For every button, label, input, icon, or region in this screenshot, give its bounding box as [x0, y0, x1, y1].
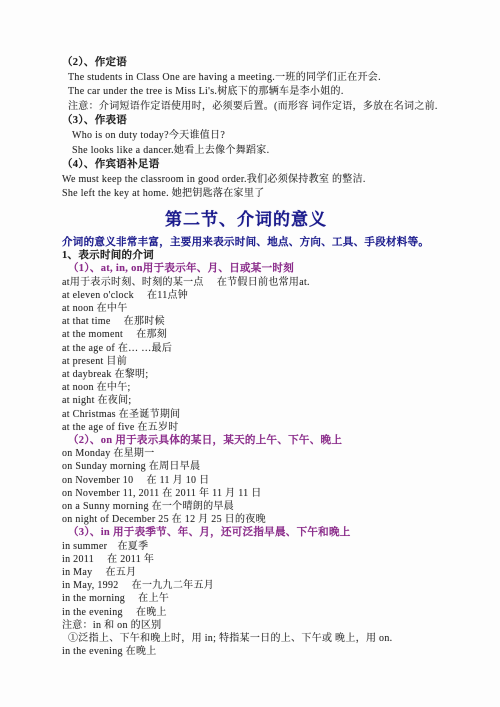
heading-predicative: （3）、作表语	[62, 114, 448, 129]
example-line: at daybreak 在黎明;	[62, 368, 448, 381]
note-line: 注意：in 和 on 的区别	[62, 619, 448, 632]
example-line: at Christmas 在圣诞节期间	[62, 408, 448, 421]
example-line: on Monday 在星期一	[62, 447, 448, 460]
example-line: on Sunday morning 在周日早晨	[62, 460, 448, 473]
example-line: in 2011 在 2011 年	[62, 553, 448, 566]
example-line: at noon 在中午	[62, 302, 448, 315]
intro-line: 介词的意义非常丰富，主要用来表示时间、地点、方向、工具、手段材料等。	[62, 236, 448, 249]
example-line: The car under the tree is Miss Li's.树底下的…	[62, 85, 448, 100]
example-line: at present 目前	[62, 355, 448, 368]
heading-attributive: （2）、作定语	[62, 56, 448, 71]
time-prepositions-section: 介词的意义非常丰富，主要用来表示时间、地点、方向、工具、手段材料等。 1、表示时…	[62, 236, 448, 659]
example-line: She left the key at home. 她把钥匙落在家里了	[62, 187, 448, 202]
example-line: in the evening 在晚上	[62, 606, 448, 619]
example-line: on November 11, 2011 在 2011 年 11 月 11 日	[62, 487, 448, 500]
heading-object-complement: （4）、作宾语补足语	[62, 158, 448, 173]
example-line: on November 10 在 11 月 10 日	[62, 474, 448, 487]
example-line: We must keep the classroom in good order…	[62, 173, 448, 188]
example-line: at noon 在中午;	[62, 381, 448, 394]
example-line: at night 在夜间;	[62, 394, 448, 407]
example-line: at the age of 在… …最后	[62, 342, 448, 355]
example-line: at the age of five 在五岁时	[62, 421, 448, 434]
example-line: in summer 在夏季	[62, 540, 448, 553]
example-line: at eleven o'clock 在11点钟	[62, 289, 448, 302]
heading-time-prepositions: 1、表示时间的介词	[62, 249, 448, 262]
example-line: on a Sunny morning 在一个晴朗的早晨	[62, 500, 448, 513]
example-line: in the evening 在晚上	[62, 645, 448, 658]
document-page: （2）、作定语 The students in Class One are ha…	[0, 0, 500, 707]
heading-at: （1）、at, in, on用于表示年、月、日或某一时刻	[62, 262, 448, 275]
section-title: 第二节、介词的意义	[62, 209, 430, 231]
usage-section: （2）、作定语 The students in Class One are ha…	[62, 56, 448, 202]
example-line: at用于表示时刻、时刻的某一点 在节假日前也常用at.	[62, 276, 448, 289]
note-line: 注意：介词短语作定语使用时，必须要后置。(而形容 词作定语，多放在名词之前.	[62, 100, 448, 115]
note-line: ①泛指上、下午和晚上时，用 in; 特指某一日的上、下午或 晚上，用 on.	[62, 632, 448, 645]
example-line: at that time 在那时候	[62, 315, 448, 328]
example-line: Who is on duty today?今天谁值日?	[62, 129, 448, 144]
example-line: on night of December 25 在 12 月 25 日的夜晚	[62, 513, 448, 526]
heading-on: （2）、on 用于表示具体的某日，某天的上午、下午、晚上	[62, 434, 448, 447]
example-line: She looks like a dancer.她看上去像个舞蹈家.	[62, 144, 448, 159]
example-line: in the morning 在上午	[62, 592, 448, 605]
example-line: in May 在五月	[62, 566, 448, 579]
example-line: at the moment 在那刻	[62, 328, 448, 341]
heading-in: （3）、in 用于表季节、年、月，还可泛指早晨、下午和晚上	[62, 526, 448, 539]
example-line: The students in Class One are having a m…	[62, 71, 448, 86]
example-line: in May, 1992 在一九九二年五月	[62, 579, 448, 592]
